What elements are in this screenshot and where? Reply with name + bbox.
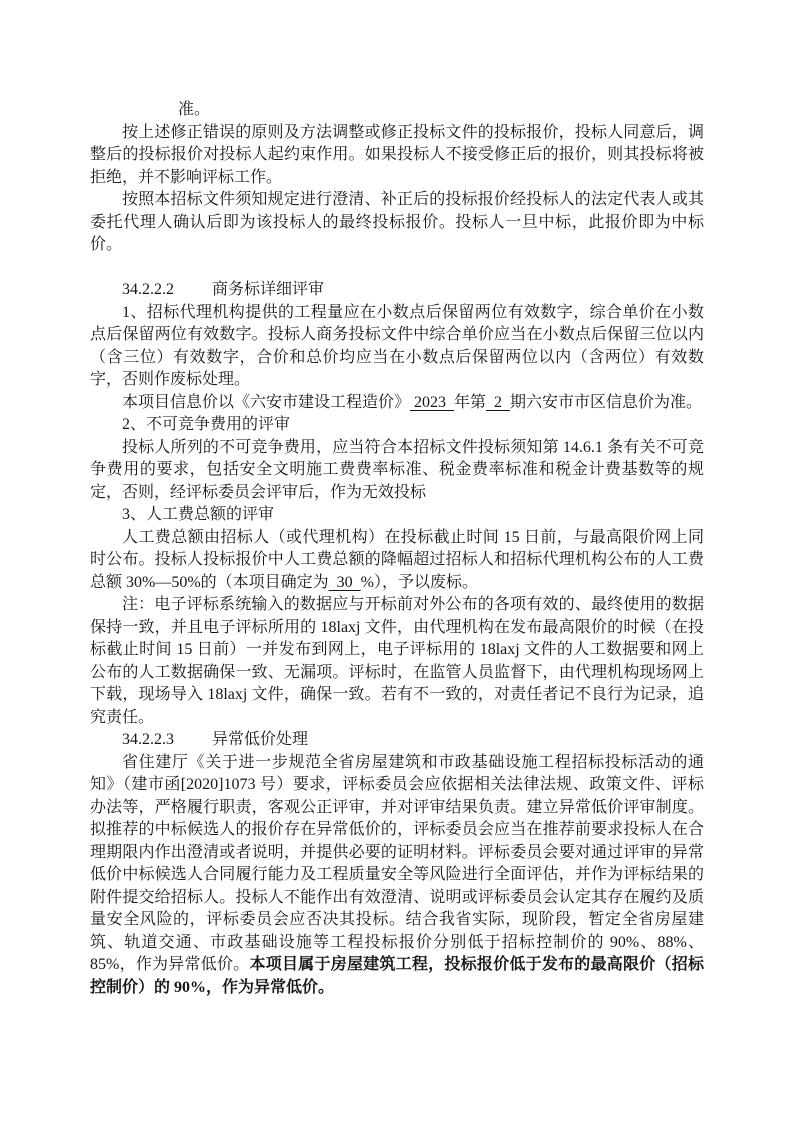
- labor-cost-percent-blank: 30: [329, 574, 361, 591]
- info-price-year-blank: 2023: [410, 394, 454, 411]
- info-price-issue-blank: 2: [486, 394, 510, 411]
- info-price-text: 本项目信息价以《六安市建设工程造价》: [122, 394, 410, 411]
- paragraph-final-bid-price: 按照本招标文件须知规定进行澄清、补正后的投标报价经投标人的法定代表人或其委托代理…: [90, 189, 704, 257]
- document-page: 准。 按上述修正错误的原则及方法调整或修正投标文件的投标报价，投标人同意后，调整…: [0, 0, 794, 1122]
- heading-labor-cost: 3、人工费总额的评审: [90, 504, 704, 527]
- paragraph-info-price: 本项目信息价以《六安市建设工程造价》 2023 年第 2 期六安市市区信息价为准…: [90, 392, 704, 415]
- heading-number: 34.2.2.2: [122, 281, 174, 298]
- heading-noncompetitive-fees: 2、不可竞争费用的评审: [90, 414, 704, 437]
- heading-title: 商务标详细评审: [212, 281, 324, 298]
- blank-line: [90, 257, 704, 280]
- labor-cost-text: %），予以废标。: [361, 574, 478, 591]
- paragraph-labor-cost: 人工费总额由招标人（或代理机构）在投标截止时间 15 日前，与最高限价网上同时公…: [90, 527, 704, 595]
- paragraph-note-evaluation-data: 注：电子评标系统输入的数据应与开标前对外公布的各项有效的、最终使用的数据保持一致…: [90, 594, 704, 729]
- info-price-text: 期六安市市区信息价为准。: [510, 394, 702, 411]
- paragraph-noncompetitive-fees: 投标人所列的不可竞争费用，应当符合本招标文件投标须知第 14.6.1 条有关不可…: [90, 437, 704, 505]
- heading-34222: 34.2.2.2商务标详细评审: [90, 279, 704, 302]
- info-price-text: 年第: [454, 394, 486, 411]
- paragraph-correction-rules: 按上述修正错误的原则及方法调整或修正投标文件的投标报价，投标人同意后，调整后的投…: [90, 122, 704, 190]
- paragraph-continuation: 准。: [90, 99, 704, 122]
- heading-title: 异常低价处理: [212, 731, 308, 748]
- abnormal-low-price-text: 省住建厅《关于进一步规范全省房屋建筑和市政基础设施工程招标投标活动的通知》（建市…: [90, 754, 704, 974]
- paragraph-decimal-digits-rule: 1、招标代理机构提供的工程量应在小数点后保留两位有效数字，综合单价在小数点后保留…: [90, 302, 704, 392]
- heading-number: 34.2.2.3: [122, 731, 174, 748]
- paragraph-abnormal-low-price: 省住建厅《关于进一步规范全省房屋建筑和市政基础设施工程招标投标活动的通知》（建市…: [90, 752, 704, 1000]
- heading-34223: 34.2.2.3异常低价处理: [90, 729, 704, 752]
